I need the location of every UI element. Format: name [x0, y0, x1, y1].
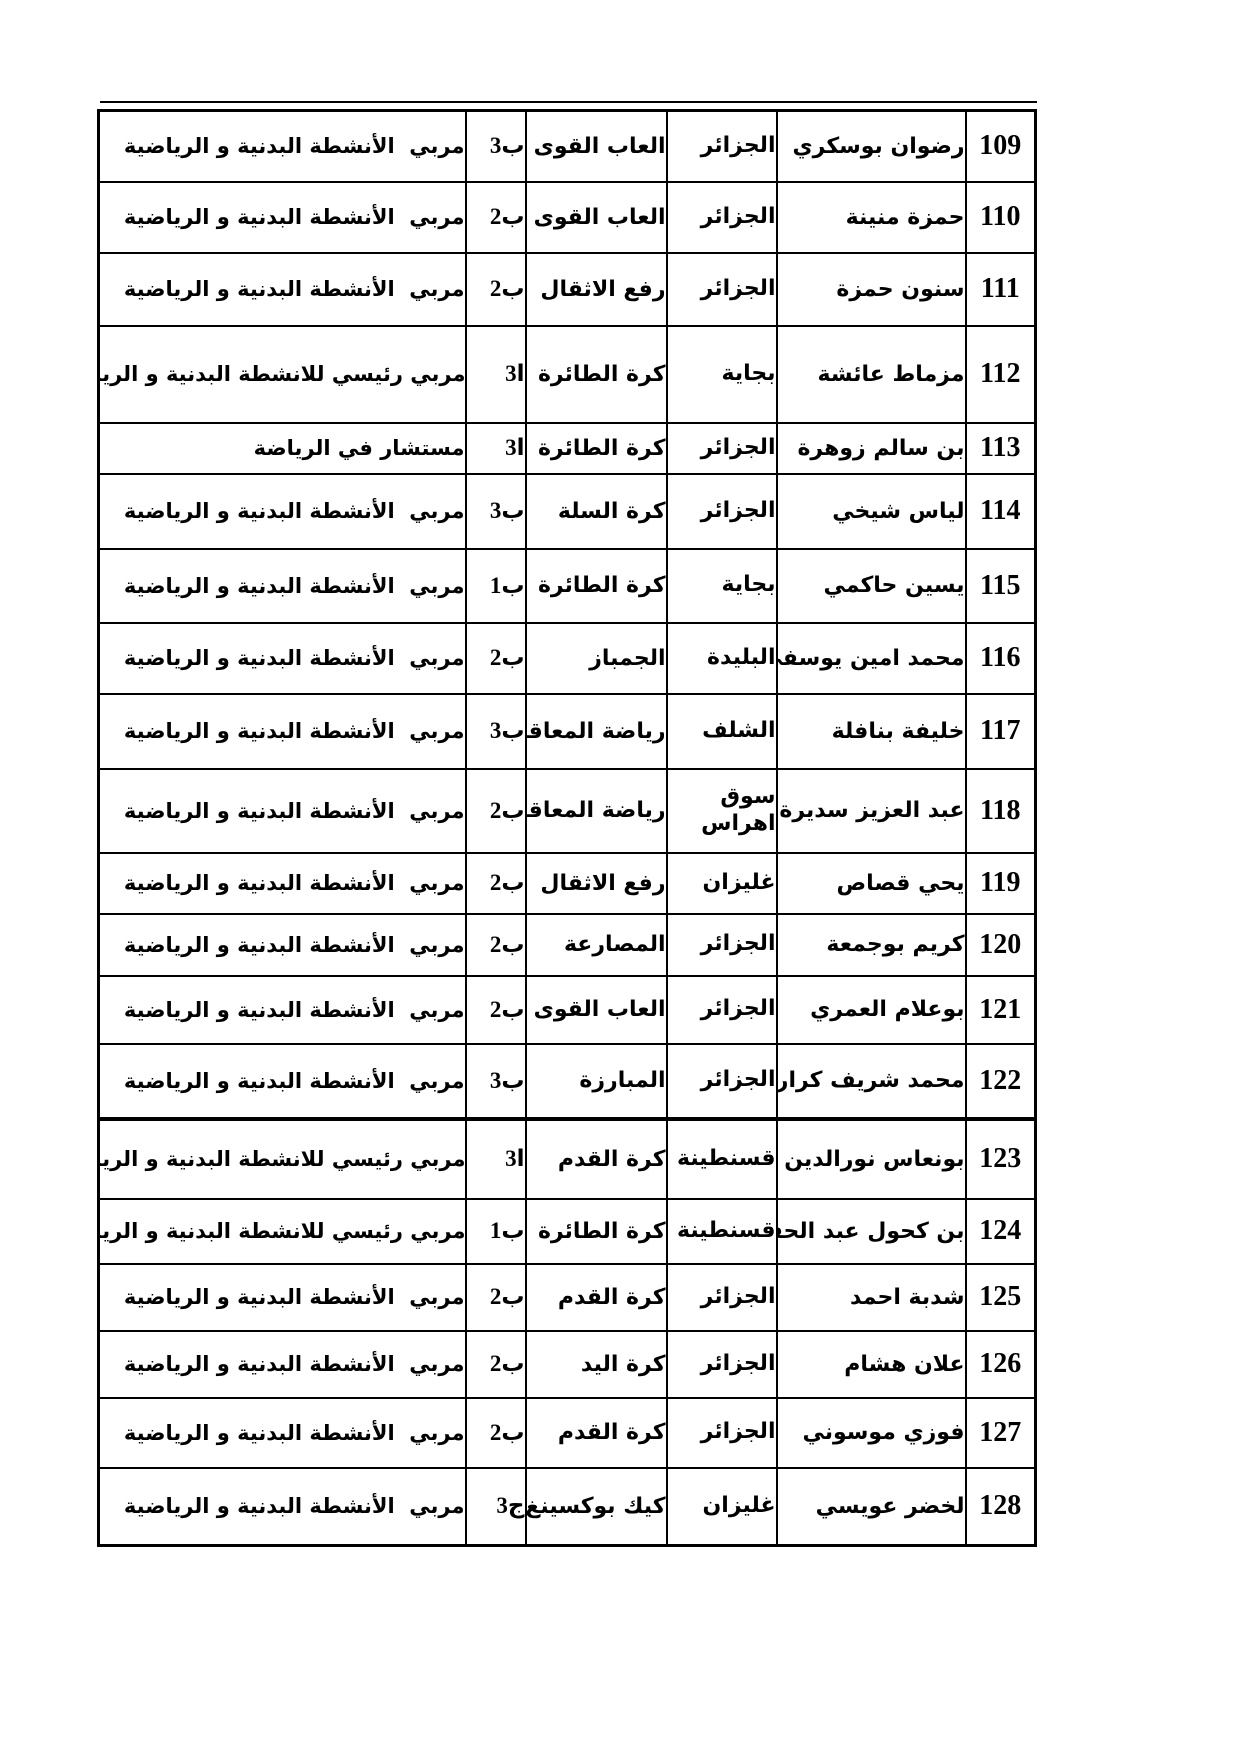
row-number-cell: 127: [966, 1398, 1036, 1468]
row-number-cell: 114: [966, 474, 1036, 549]
job-title-cell: مستشار في الرياضة: [99, 423, 466, 474]
sport-cell: رفع الاثقال: [526, 853, 667, 914]
table-row: 113بن سالم زوهرةالجزائركرة الطائرةا3مستش…: [99, 423, 1036, 474]
table-row: 114لياس شيخيالجزائركرة السلةب3مربي الأنش…: [99, 474, 1036, 549]
row-number-cell: 119: [966, 853, 1036, 914]
sport-cell: العاب القوى: [526, 976, 667, 1044]
row-number-cell: 112: [966, 326, 1036, 423]
document-body: { "page": { "background": "#ffffff", "te…: [0, 0, 1241, 1755]
sport-cell: الجمباز: [526, 623, 667, 694]
city-cell: بجاية: [667, 549, 777, 623]
name-cell: بن كحول عبد الحقيظ: [777, 1199, 966, 1264]
city-cell: الجزائر: [667, 1044, 777, 1119]
job-title-cell: مربي الأنشطة البدنية و الرياضية: [99, 1468, 466, 1546]
table-row: 122محمد شريف كراريةالجزائرالمبارزةب3مربي…: [99, 1044, 1036, 1119]
staff-table: 109رضوان بوسكريالجزائرالعاب القوىب3مربي …: [97, 109, 1037, 1547]
sport-cell: كرة الطائرة: [526, 423, 667, 474]
job-title-cell: مربي الأنشطة البدنية و الرياضية: [99, 976, 466, 1044]
row-number-cell: 128: [966, 1468, 1036, 1546]
table-row: 112مزماط عائشةبجايةكرة الطائرةا3مربي رئي…: [99, 326, 1036, 423]
grade-cell: ب3: [466, 111, 526, 182]
sport-cell: رفع الاثقال: [526, 253, 667, 326]
grade-cell: ب3: [466, 474, 526, 549]
name-cell: مزماط عائشة: [777, 326, 966, 423]
grade-cell: ب2: [466, 914, 526, 976]
job-title-cell: مربي الأنشطة البدنية و الرياضية: [99, 474, 466, 549]
grade-cell: ج3: [466, 1468, 526, 1546]
table-row: 121بوعلام العمريالجزائرالعاب القوىب2مربي…: [99, 976, 1036, 1044]
table-row: 126علان هشامالجزائركرة اليدب2مربي الأنشط…: [99, 1331, 1036, 1398]
job-title-cell: مربي الأنشطة البدنية و الرياضية: [99, 549, 466, 623]
sport-cell: كيك بوكسينغ: [526, 1468, 667, 1546]
name-cell: يسين حاكمي: [777, 549, 966, 623]
grade-cell: ب3: [466, 694, 526, 769]
name-cell: بوعلام العمري: [777, 976, 966, 1044]
grade-cell: ب2: [466, 1398, 526, 1468]
table-row: 123بونعاس نورالدينقسنطينةكرة القدما3مربي…: [99, 1119, 1036, 1199]
table-row: 116محمد امين يوسفيالبليدةالجمبازب2مربي ا…: [99, 623, 1036, 694]
row-number-cell: 118: [966, 769, 1036, 853]
name-cell: شدبة احمد: [777, 1264, 966, 1331]
row-number-cell: 126: [966, 1331, 1036, 1398]
city-cell: بجاية: [667, 326, 777, 423]
sport-cell: كرة القدم: [526, 1264, 667, 1331]
job-title-cell: مربي الأنشطة البدنية و الرياضية: [99, 623, 466, 694]
city-cell: الجزائر: [667, 423, 777, 474]
name-cell: فوزي موسوني: [777, 1398, 966, 1468]
job-title-cell: مربي الأنشطة البدنية و الرياضية: [99, 111, 466, 182]
city-cell: الجزائر: [667, 976, 777, 1044]
city-cell: الجزائر: [667, 914, 777, 976]
grade-cell: ا3: [466, 1119, 526, 1199]
sport-cell: كرة السلة: [526, 474, 667, 549]
page-top-rule: [100, 101, 1037, 103]
grade-cell: ب2: [466, 1331, 526, 1398]
row-number-cell: 116: [966, 623, 1036, 694]
sport-cell: رياضة المعاقين: [526, 694, 667, 769]
document-page: 109رضوان بوسكريالجزائرالعاب القوىب3مربي …: [0, 0, 1241, 1755]
grade-cell: ب2: [466, 976, 526, 1044]
sport-cell: كرة الطائرة: [526, 1199, 667, 1264]
sport-cell: المبارزة: [526, 1044, 667, 1119]
city-cell: قسنطينة: [667, 1199, 777, 1264]
table-row: 117خليفة بنافلةالشلفرياضة المعاقينب3مربي…: [99, 694, 1036, 769]
city-cell: سوق اهراس: [667, 769, 777, 853]
row-number-cell: 122: [966, 1044, 1036, 1119]
table-row: 120كريم بوجمعةالجزائرالمصارعةب2مربي الأن…: [99, 914, 1036, 976]
sport-cell: العاب القوى: [526, 111, 667, 182]
job-title-cell: مربي رئيسي للانشطة البدنية و الرياضية: [99, 1199, 466, 1264]
table-row: 119يحي قصاصغليزانرفع الاثقالب2مربي الأنش…: [99, 853, 1036, 914]
grade-cell: ب2: [466, 853, 526, 914]
row-number-cell: 113: [966, 423, 1036, 474]
job-title-cell: مربي الأنشطة البدنية و الرياضية: [99, 182, 466, 253]
grade-cell: ب2: [466, 1264, 526, 1331]
job-title-cell: مربي رئيسي للانشطة البدنية و الرياضية: [99, 326, 466, 423]
sport-cell: كرة الطائرة: [526, 326, 667, 423]
row-number-cell: 120: [966, 914, 1036, 976]
city-cell: الجزائر: [667, 1331, 777, 1398]
name-cell: حمزة منينة: [777, 182, 966, 253]
city-cell: الجزائر: [667, 1398, 777, 1468]
grade-cell: ب2: [466, 769, 526, 853]
name-cell: سنون حمزة: [777, 253, 966, 326]
sport-cell: كرة القدم: [526, 1119, 667, 1199]
grade-cell: ب2: [466, 623, 526, 694]
sport-cell: كرة القدم: [526, 1398, 667, 1468]
city-cell: الجزائر: [667, 182, 777, 253]
table-row: 124بن كحول عبد الحقيظقسنطينةكرة الطائرةب…: [99, 1199, 1036, 1264]
job-title-cell: مربي الأنشطة البدنية و الرياضية: [99, 1044, 466, 1119]
sport-cell: كرة الطائرة: [526, 549, 667, 623]
job-title-cell: مربي الأنشطة البدنية و الرياضية: [99, 1331, 466, 1398]
name-cell: لخضر عويسي: [777, 1468, 966, 1546]
name-cell: خليفة بنافلة: [777, 694, 966, 769]
name-cell: رضوان بوسكري: [777, 111, 966, 182]
city-cell: البليدة: [667, 623, 777, 694]
table-row: 118عبد العزيز سديرةسوق اهراسرياضة المعاق…: [99, 769, 1036, 853]
job-title-cell: مربي الأنشطة البدنية و الرياضية: [99, 1398, 466, 1468]
table-row: 111سنون حمزةالجزائررفع الاثقالب2مربي الأ…: [99, 253, 1036, 326]
row-number-cell: 111: [966, 253, 1036, 326]
grade-cell: ب1: [466, 1199, 526, 1264]
city-cell: الجزائر: [667, 111, 777, 182]
sport-cell: رياضة المعاقين: [526, 769, 667, 853]
row-number-cell: 124: [966, 1199, 1036, 1264]
table-row: 110حمزة منينةالجزائرالعاب القوىب2مربي ال…: [99, 182, 1036, 253]
city-cell: غليزان: [667, 1468, 777, 1546]
name-cell: محمد امين يوسفي: [777, 623, 966, 694]
name-cell: لياس شيخي: [777, 474, 966, 549]
job-title-cell: مربي الأنشطة البدنية و الرياضية: [99, 1264, 466, 1331]
sport-cell: العاب القوى: [526, 182, 667, 253]
name-cell: كريم بوجمعة: [777, 914, 966, 976]
job-title-cell: مربي الأنشطة البدنية و الرياضية: [99, 253, 466, 326]
name-cell: بونعاس نورالدين: [777, 1119, 966, 1199]
table-row: 109رضوان بوسكريالجزائرالعاب القوىب3مربي …: [99, 111, 1036, 182]
city-cell: قسنطينة: [667, 1119, 777, 1199]
table-row: 125شدبة احمدالجزائركرة القدمب2مربي الأنش…: [99, 1264, 1036, 1331]
row-number-cell: 121: [966, 976, 1036, 1044]
city-cell: الشلف: [667, 694, 777, 769]
table-row: 128لخضر عويسيغليزانكيك بوكسينغج3مربي الأ…: [99, 1468, 1036, 1546]
job-title-cell: مربي الأنشطة البدنية و الرياضية: [99, 769, 466, 853]
row-number-cell: 115: [966, 549, 1036, 623]
grade-cell: ب1: [466, 549, 526, 623]
grade-cell: ب2: [466, 253, 526, 326]
city-cell: الجزائر: [667, 1264, 777, 1331]
staff-table-body: 109رضوان بوسكريالجزائرالعاب القوىب3مربي …: [99, 111, 1036, 1546]
city-cell: غليزان: [667, 853, 777, 914]
row-number-cell: 110: [966, 182, 1036, 253]
sport-cell: المصارعة: [526, 914, 667, 976]
row-number-cell: 125: [966, 1264, 1036, 1331]
table-row: 127فوزي موسونيالجزائركرة القدمب2مربي الأ…: [99, 1398, 1036, 1468]
grade-cell: ا3: [466, 423, 526, 474]
table-row: 115يسين حاكميبجايةكرة الطائرةب1مربي الأن…: [99, 549, 1036, 623]
name-cell: يحي قصاص: [777, 853, 966, 914]
name-cell: محمد شريف كرارية: [777, 1044, 966, 1119]
city-cell: الجزائر: [667, 474, 777, 549]
row-number-cell: 109: [966, 111, 1036, 182]
job-title-cell: مربي رئيسي للانشطة البدنية و الرياضية: [99, 1119, 466, 1199]
row-number-cell: 123: [966, 1119, 1036, 1199]
sport-cell: كرة اليد: [526, 1331, 667, 1398]
name-cell: علان هشام: [777, 1331, 966, 1398]
job-title-cell: مربي الأنشطة البدنية و الرياضية: [99, 914, 466, 976]
city-cell: الجزائر: [667, 253, 777, 326]
grade-cell: ا3: [466, 326, 526, 423]
job-title-cell: مربي الأنشطة البدنية و الرياضية: [99, 853, 466, 914]
name-cell: عبد العزيز سديرة: [777, 769, 966, 853]
row-number-cell: 117: [966, 694, 1036, 769]
grade-cell: ب2: [466, 182, 526, 253]
job-title-cell: مربي الأنشطة البدنية و الرياضية: [99, 694, 466, 769]
name-cell: بن سالم زوهرة: [777, 423, 966, 474]
grade-cell: ب3: [466, 1044, 526, 1119]
